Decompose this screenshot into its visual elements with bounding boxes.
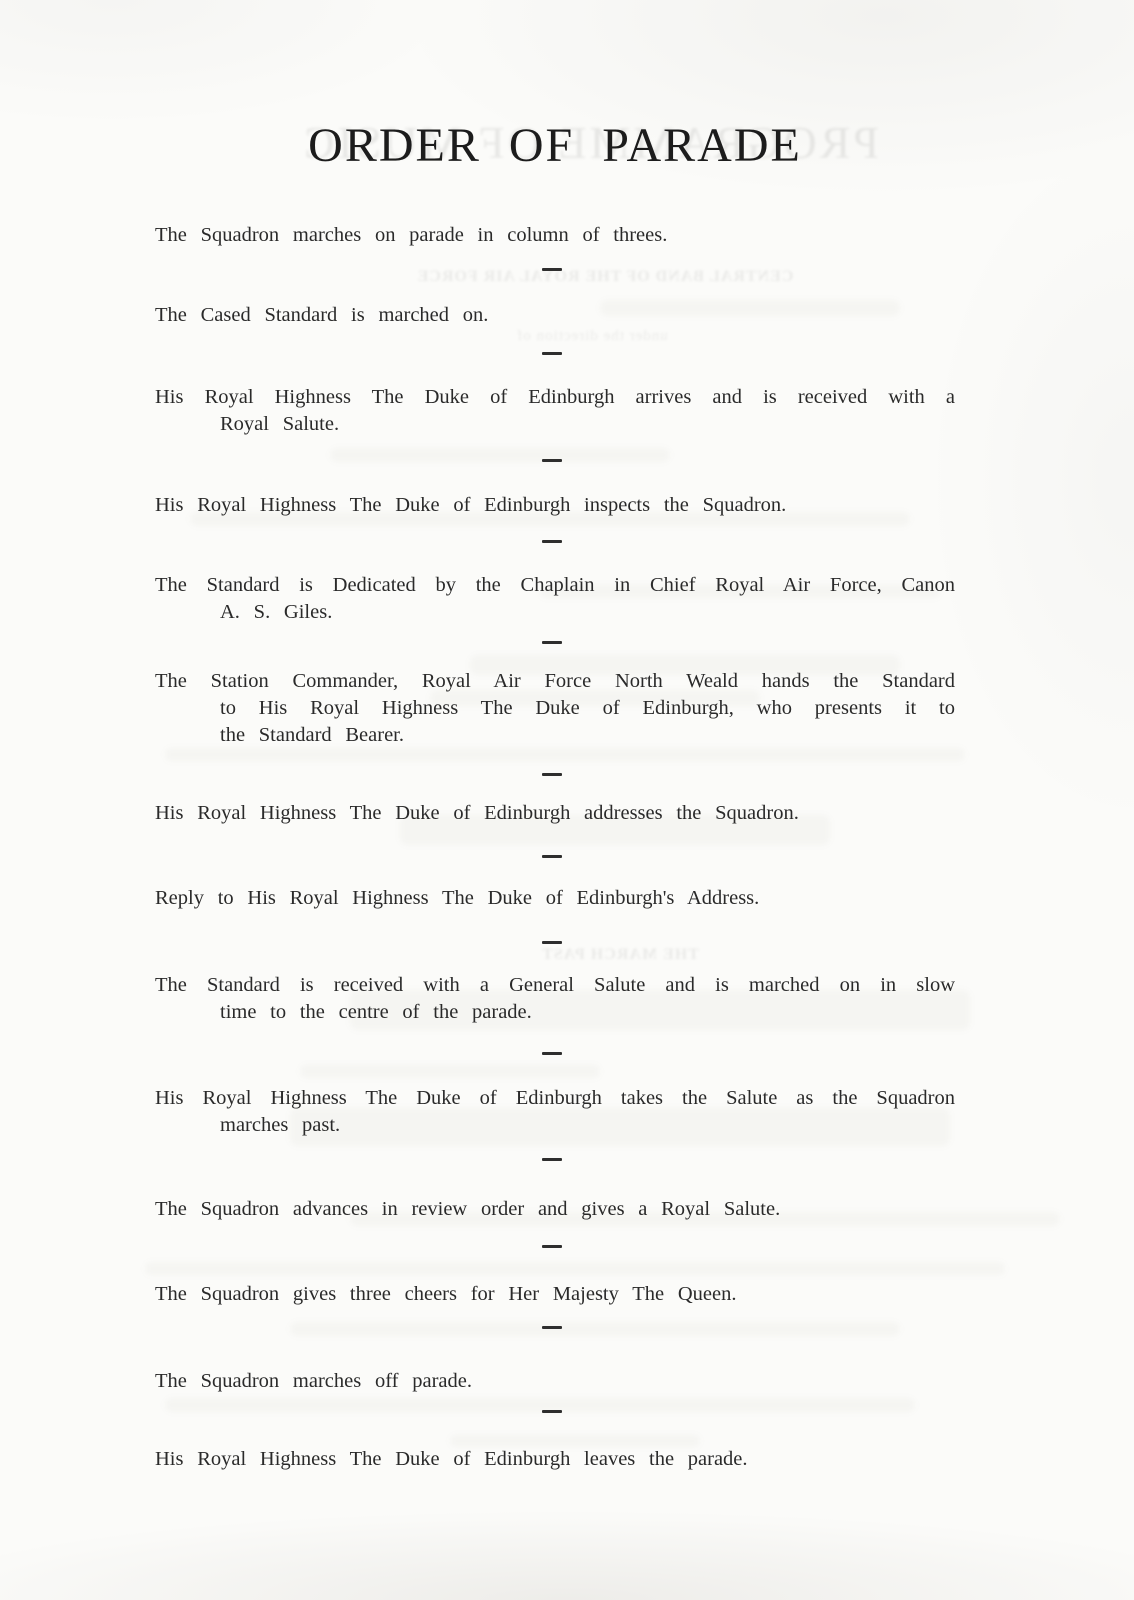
parade-item: His Royal Highness The Duke of Edinburgh… [155, 1085, 955, 1139]
parade-item-line: His Royal Highness The Duke of Edinburgh… [155, 492, 955, 519]
parade-item-line: The Cased Standard is marched on. [155, 302, 955, 329]
separator-dash [542, 1326, 562, 1329]
separator-dash [542, 1052, 562, 1055]
separator-dash [542, 1410, 562, 1413]
parade-item: His Royal Highness The Duke of Edinburgh… [155, 800, 955, 827]
parade-item-line: A. S. Giles. [220, 599, 955, 626]
parade-item: The Station Commander, Royal Air Force N… [155, 668, 955, 749]
parade-item: His Royal Highness The Duke of Edinburgh… [155, 1446, 955, 1473]
separator-dash [542, 268, 562, 271]
parade-item: The Squadron gives three cheers for Her … [155, 1281, 955, 1308]
parade-item-line: Royal Salute. [220, 411, 955, 438]
parade-item: Reply to His Royal Highness The Duke of … [155, 885, 955, 912]
parade-item: The Standard is received with a General … [155, 972, 955, 1026]
parade-item-line: marches past. [220, 1112, 955, 1139]
separator-dash [542, 855, 562, 858]
parade-item-line: The Standard is received with a General … [155, 972, 955, 999]
parade-item-line: His Royal Highness The Duke of Edinburgh… [155, 800, 955, 827]
separator-dash [542, 459, 562, 462]
parade-item: The Squadron marches on parade in column… [155, 222, 955, 249]
separator-dash [542, 540, 562, 543]
parade-item-line: the Standard Bearer. [220, 722, 955, 749]
parade-item: His Royal Highness The Duke of Edinburgh… [155, 492, 955, 519]
parade-item-line: The Squadron advances in review order an… [155, 1196, 955, 1223]
parade-item-line: to His Royal Highness The Duke of Edinbu… [220, 695, 955, 722]
parade-item-line: The Squadron marches off parade. [155, 1368, 955, 1395]
parade-item-line: Reply to His Royal Highness The Duke of … [155, 885, 955, 912]
separator-dash [542, 641, 562, 644]
parade-item: The Cased Standard is marched on. [155, 302, 955, 329]
separator-dash [542, 773, 562, 776]
separator-dash [542, 1245, 562, 1248]
parade-item-line: His Royal Highness The Duke of Edinburgh… [155, 1085, 955, 1112]
separator-dash [542, 1158, 562, 1161]
separator-dash [542, 352, 562, 355]
parade-item: The Standard is Dedicated by the Chaplai… [155, 572, 955, 626]
parade-item: The Squadron advances in review order an… [155, 1196, 955, 1223]
parade-item-line: The Squadron gives three cheers for Her … [155, 1281, 955, 1308]
separator-dash [542, 941, 562, 944]
parade-item-line: His Royal Highness The Duke of Edinburgh… [155, 384, 955, 411]
parade-item-line: The Standard is Dedicated by the Chaplai… [155, 572, 955, 599]
parade-item: The Squadron marches off parade. [155, 1368, 955, 1395]
parade-item-line: His Royal Highness The Duke of Edinburgh… [155, 1446, 955, 1473]
scanned-programme-page: PROGRAMME OF MUSICCENTRAL BAND OF THE RO… [0, 0, 1134, 1600]
parade-item: His Royal Highness The Duke of Edinburgh… [155, 384, 955, 438]
parade-item-line: The Squadron marches on parade in column… [155, 222, 955, 249]
parade-item-line: time to the centre of the parade. [220, 999, 955, 1026]
parade-order-list: The Squadron marches on parade in column… [155, 0, 955, 1600]
parade-item-line: The Station Commander, Royal Air Force N… [155, 668, 955, 695]
